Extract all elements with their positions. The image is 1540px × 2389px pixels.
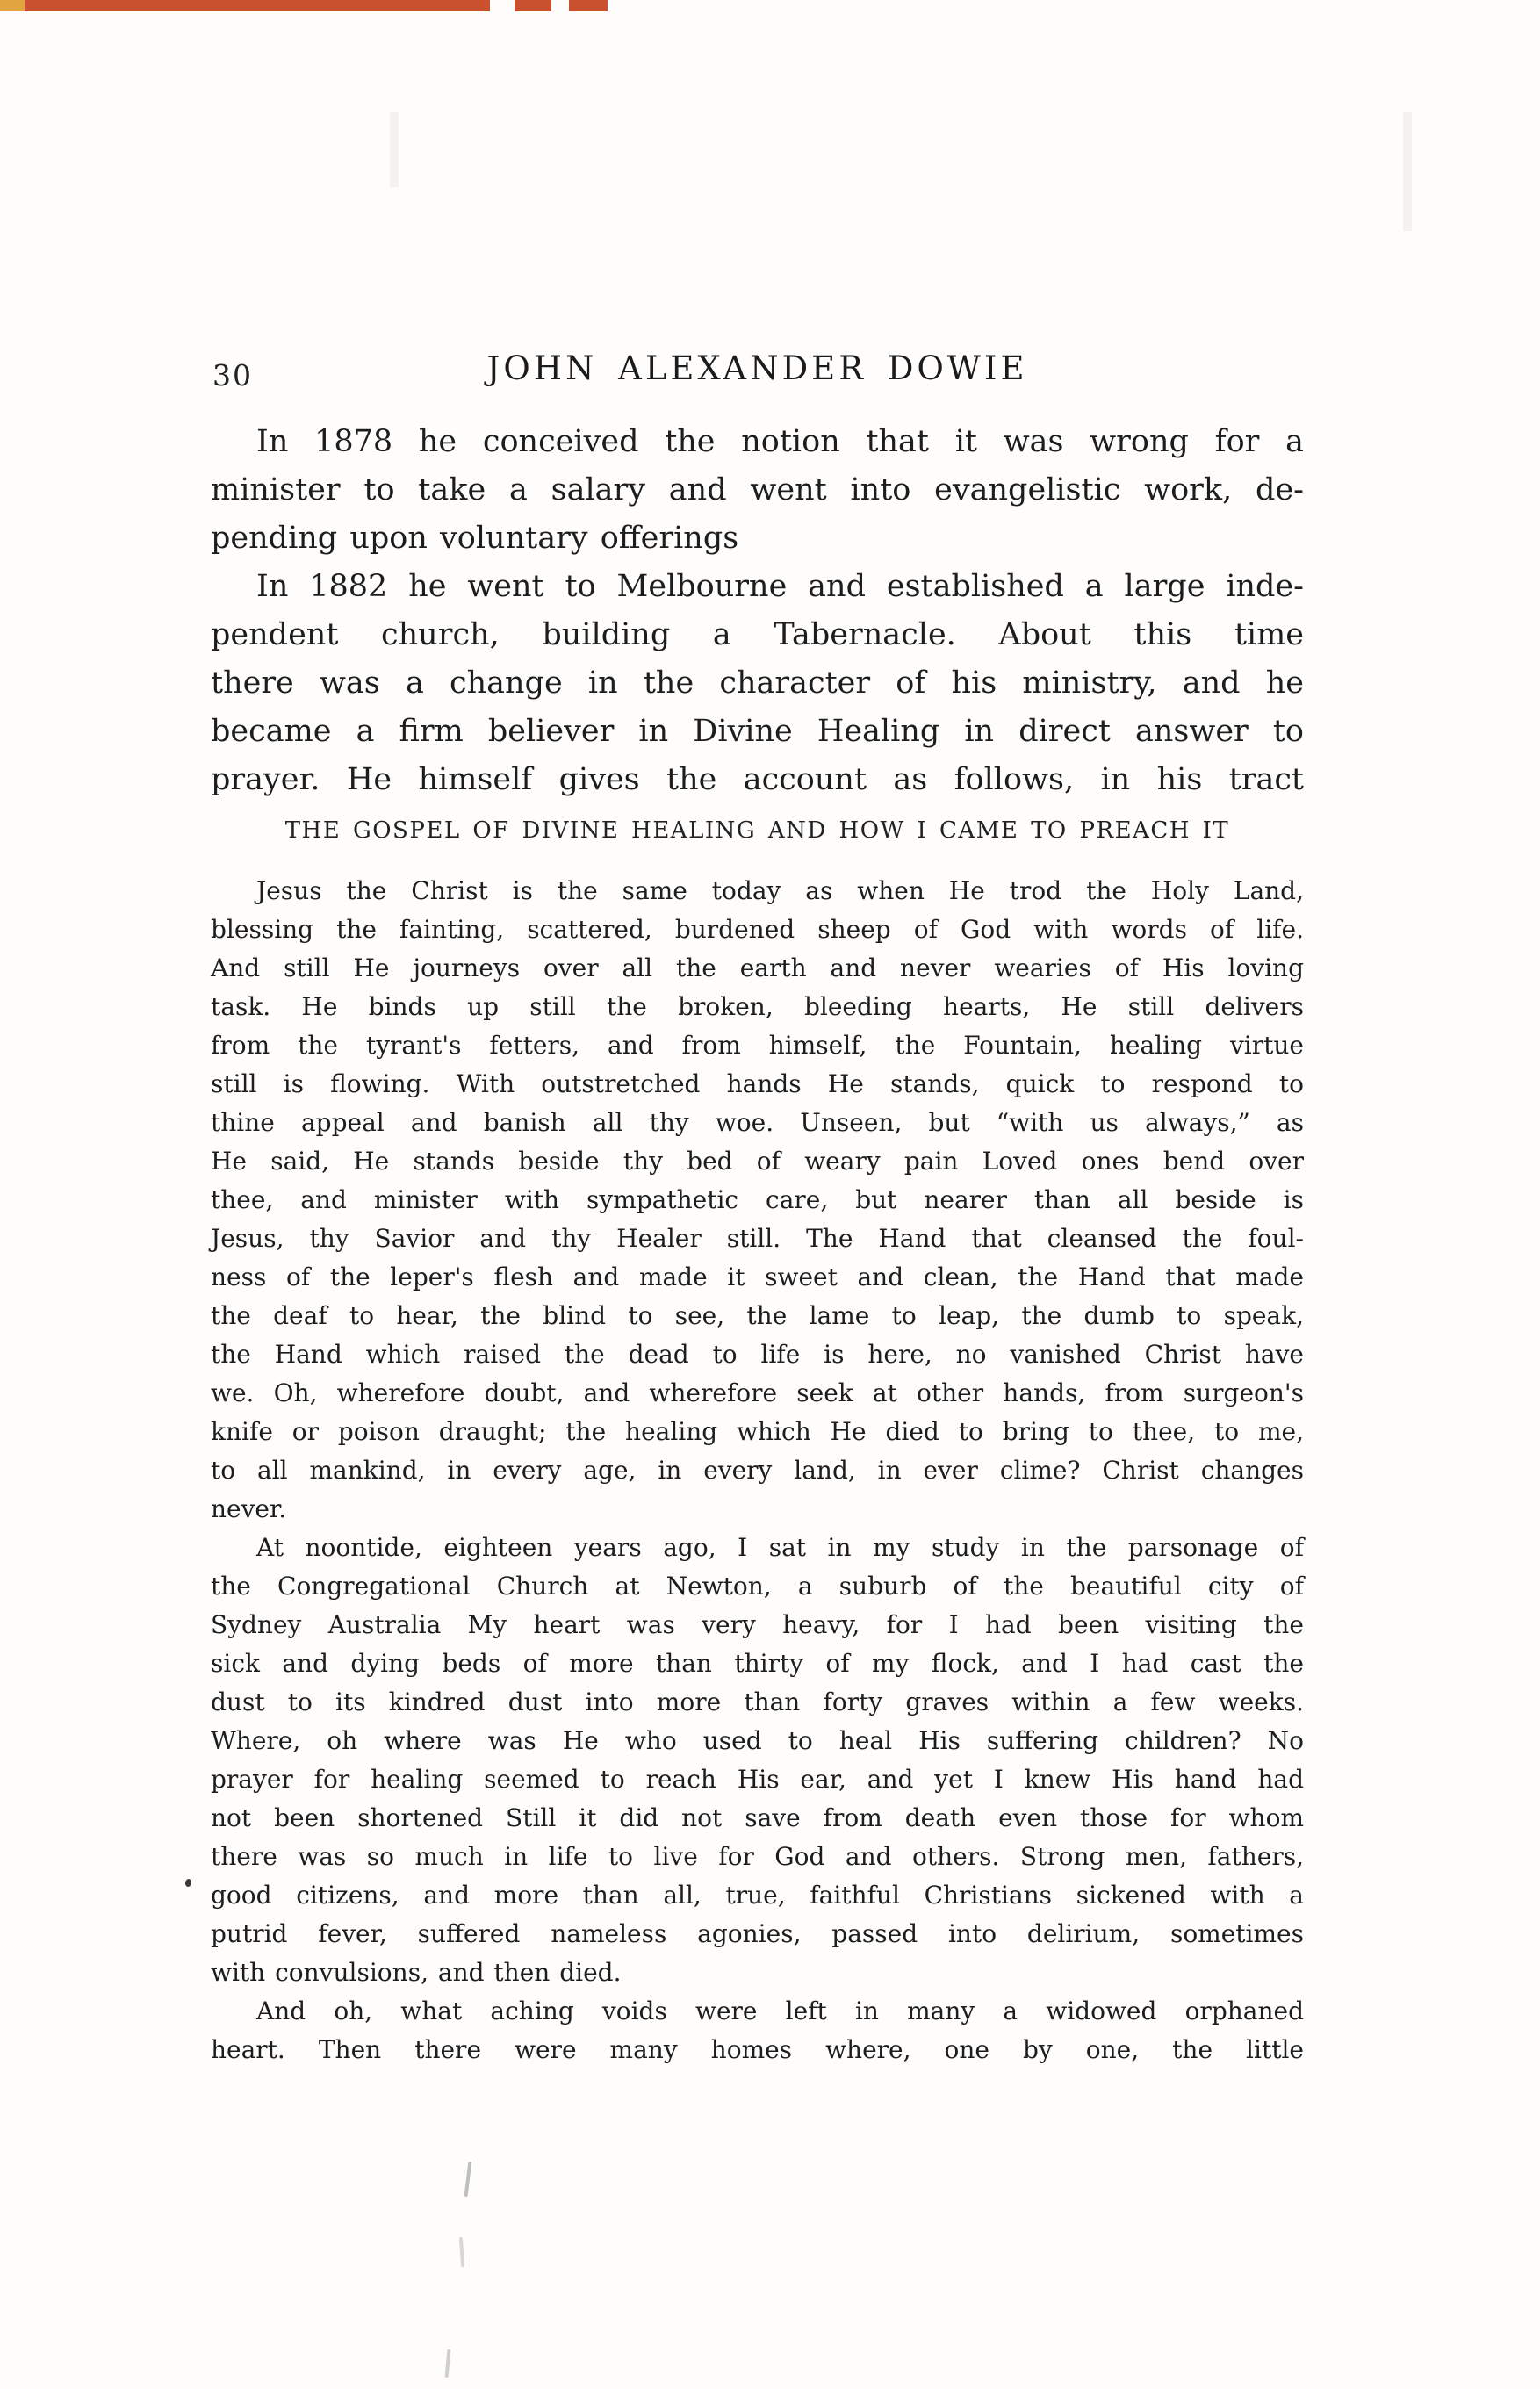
text-line: Sydney Australia My heart was very heavy… xyxy=(211,1606,1304,1644)
text-line: At noontide, eighteen years ago, I sat i… xyxy=(211,1529,1304,1567)
scan-artifact-square-1 xyxy=(515,0,551,11)
scan-streak-right xyxy=(1403,112,1412,231)
tract-text: Jesus the Christ is the same today as wh… xyxy=(211,872,1304,2069)
text-line: sick and dying beds of more than thirty … xyxy=(211,1644,1304,1683)
text-line: never. xyxy=(211,1490,1304,1529)
text-line: we. Oh, wherefore doubt, and wherefore s… xyxy=(211,1374,1304,1413)
tract-paragraph-1: Jesus the Christ is the same today as wh… xyxy=(211,872,1304,1529)
text-line: dust to its kindred dust into more than … xyxy=(211,1683,1304,1722)
text-line: thine appeal and banish all thy woe. Uns… xyxy=(211,1104,1304,1142)
text-line: In 1878 he conceived the notion that it … xyxy=(211,418,1304,466)
text-line: there was so much in life to live for Go… xyxy=(211,1838,1304,1876)
text-line: became a firm believer in Divine Healing… xyxy=(211,708,1304,756)
text-line: from the tyrant's fetters, and from hims… xyxy=(211,1026,1304,1065)
tract-paragraph-3: And oh, what aching voids were left in m… xyxy=(211,1992,1304,2069)
text-line: to all mankind, in every age, in every l… xyxy=(211,1451,1304,1490)
text-line: task. He binds up still the broken, blee… xyxy=(211,988,1304,1026)
text-line: the Congregational Church at Newton, a s… xyxy=(211,1567,1304,1606)
page-header: 30 JOHN ALEXANDER DOWIE xyxy=(211,349,1304,395)
text-line: Where, oh where was He who used to heal … xyxy=(211,1722,1304,1760)
text-line: pending upon voluntary offerings xyxy=(211,514,1304,563)
text-line: prayer. He himself gives the account as … xyxy=(211,756,1304,804)
text-line: Jesus, thy Savior and thy Healer still. … xyxy=(211,1220,1304,1258)
text-line: ness of the leper's flesh and made it sw… xyxy=(211,1258,1304,1297)
scan-streak-left xyxy=(390,112,399,187)
text-line: In 1882 he went to Melbourne and establi… xyxy=(211,563,1304,611)
text-line: putrid fever, suffered nameless agonies,… xyxy=(211,1915,1304,1954)
text-line: good citizens, and more than all, true, … xyxy=(211,1876,1304,1915)
margin-ink-dot xyxy=(184,1878,192,1887)
text-line: He said, He stands beside thy bed of wea… xyxy=(211,1142,1304,1181)
text-line: Jesus the Christ is the same today as wh… xyxy=(211,872,1304,910)
text-block: In 1878 he conceived the notion that it … xyxy=(211,418,1304,2069)
text-line: there was a change in the character of h… xyxy=(211,659,1304,708)
section-heading: THE GOSPEL OF DIVINE HEALING AND HOW I C… xyxy=(211,812,1304,849)
text-line: thee, and minister with sympathetic care… xyxy=(211,1181,1304,1220)
bottom-scan-mark-2 xyxy=(459,2237,464,2267)
text-line: And still He journeys over all the earth… xyxy=(211,949,1304,988)
tract-paragraph-2: At noontide, eighteen years ago, I sat i… xyxy=(211,1529,1304,1992)
text-line: knife or poison draught; the healing whi… xyxy=(211,1413,1304,1451)
scan-artifact-bar-tip xyxy=(0,0,25,11)
text-line: still is flowing. With outstretched hand… xyxy=(211,1065,1304,1104)
text-line: pendent church, building a Tabernacle. A… xyxy=(211,611,1304,659)
text-line: blessing the fainting, scattered, burden… xyxy=(211,910,1304,949)
text-line: minister to take a salary and went into … xyxy=(211,466,1304,514)
running-title: JOHN ALEXANDER DOWIE xyxy=(211,349,1304,387)
text-line: prayer for healing seemed to reach His e… xyxy=(211,1760,1304,1799)
text-line: with convulsions, and then died. xyxy=(211,1954,1304,1992)
text-line: heart. Then there were many homes where,… xyxy=(211,2031,1304,2069)
bottom-scan-mark-3 xyxy=(445,2349,451,2378)
intro-paragraph-2: In 1882 he went to Melbourne and establi… xyxy=(211,563,1304,804)
scan-artifact-square-2 xyxy=(569,0,608,11)
text-line: And oh, what aching voids were left in m… xyxy=(211,1992,1304,2031)
page-number: 30 xyxy=(212,358,253,392)
text-line: the deaf to hear, the blind to see, the … xyxy=(211,1297,1304,1335)
book-page-scan: 30 JOHN ALEXANDER DOWIE In 1878 he conce… xyxy=(0,0,1540,2389)
intro-paragraph-1: In 1878 he conceived the notion that it … xyxy=(211,418,1304,563)
bottom-scan-mark-1 xyxy=(464,2162,472,2197)
text-line: not been shortened Still it did not save… xyxy=(211,1799,1304,1838)
text-line: the Hand which raised the dead to life i… xyxy=(211,1335,1304,1374)
scan-artifact-bar xyxy=(0,0,490,11)
